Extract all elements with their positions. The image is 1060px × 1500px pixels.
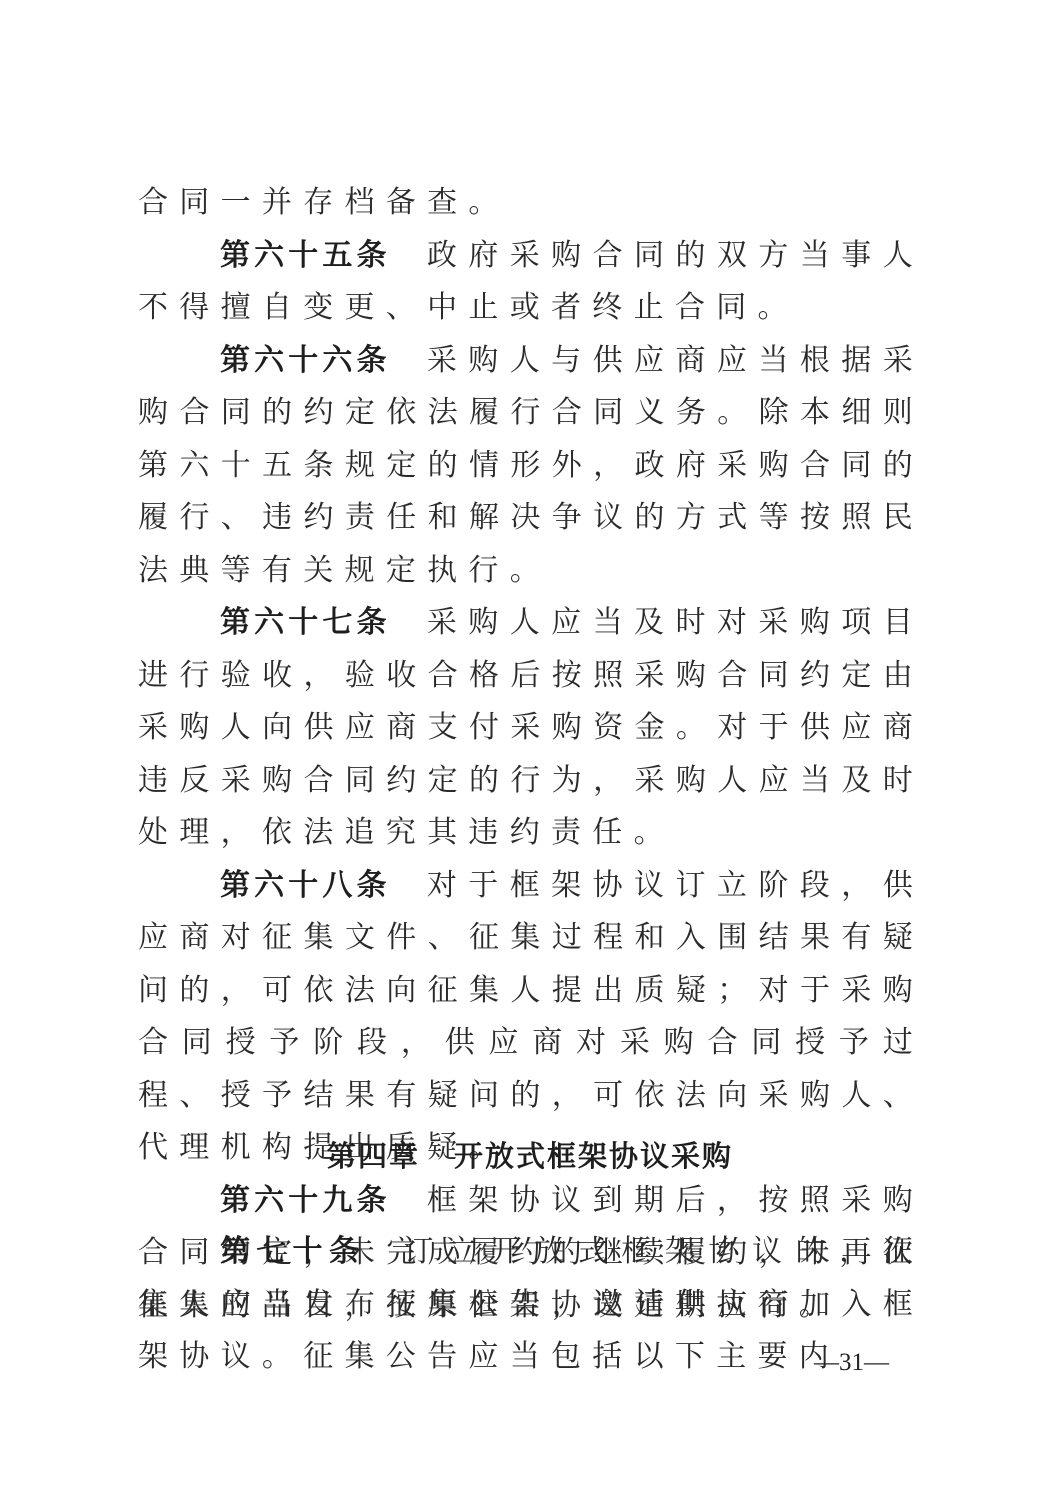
continuation-paragraph: 合同一并存档备查。 [138, 177, 924, 230]
article-68: 第六十八条对于框架协议订立阶段，供应商对征集文件、征集过程和入围结果有疑问的，可… [138, 860, 924, 1175]
article-number: 第六十六条 [220, 343, 391, 378]
chapter-number: 第四章 [327, 1139, 420, 1173]
article-number: 第六十七条 [220, 605, 391, 640]
page-number: —31— [814, 1349, 889, 1377]
article-66: 第六十六条采购人与供应商应当根据采购合同的约定依法履行合同义务。除本细则第六十五… [138, 335, 924, 598]
document-body-continued: 第七十条订立开放式框架协议的，征集人应当发布征集公告，邀请供应商加入框架协议。征… [138, 1226, 924, 1384]
article-number: 第六十五条 [220, 238, 391, 273]
chapter-title: 开放式框架协议采购 [454, 1139, 733, 1173]
article-65: 第六十五条政府采购合同的双方当事人不得擅自变更、中止或者终止合同。 [138, 230, 924, 335]
article-number: 第六十九条 [220, 1183, 391, 1218]
chapter-heading: 第四章开放式框架协议采购 [0, 1134, 1060, 1175]
article-text: 采购人应当及时对采购项目进行验收，验收合格后按照采购合同约定由采购人向供应商支付… [138, 605, 924, 850]
article-70: 第七十条订立开放式框架协议的，征集人应当发布征集公告，邀请供应商加入框架协议。征… [138, 1226, 924, 1384]
article-text: 对于框架协议订立阶段，供应商对征集文件、征集过程和入围结果有疑问的，可依法向征集… [138, 868, 924, 1166]
article-number: 第七十条 [220, 1234, 365, 1269]
article-text: 采购人与供应商应当根据采购合同的约定依法履行合同义务。除本细则第六十五条规定的情… [138, 343, 924, 588]
article-number: 第六十八条 [220, 868, 391, 903]
article-67: 第六十七条采购人应当及时对采购项目进行验收，验收合格后按照采购合同约定由采购人向… [138, 597, 924, 860]
